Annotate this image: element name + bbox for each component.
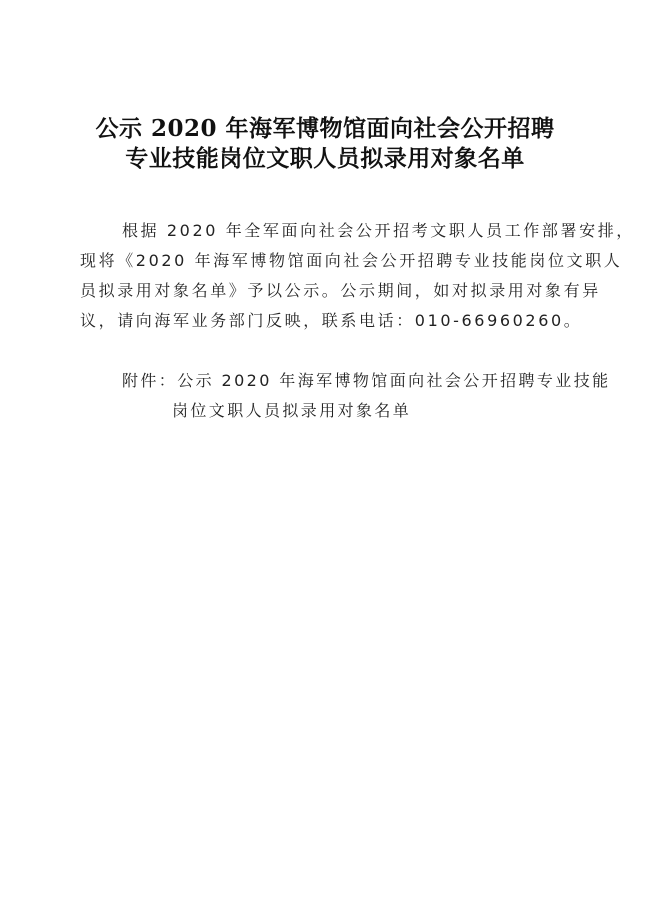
attachment-title-line-1: 公示 2020 年海军博物馆面向社会公开招聘专业技能 — [177, 371, 610, 390]
attachment-title-line-2: 岗位文职人员拟录用对象名单 — [122, 396, 582, 426]
document-page: 公示 2020 年海军博物馆面向社会公开招聘 专业技能岗位文职人员拟录用对象名单… — [0, 0, 650, 919]
title-line-2: 专业技能岗位文职人员拟录用对象名单 — [0, 144, 650, 174]
attachment-block: 附件：公示 2020 年海军博物馆面向社会公开招聘专业技能 岗位文职人员拟录用对… — [122, 366, 582, 426]
body-paragraph: 根据 2020 年全军面向社会公开招考文职人员工作部署安排， 现将《2020 年… — [80, 216, 572, 336]
page-title: 公示 2020 年海军博物馆面向社会公开招聘 专业技能岗位文职人员拟录用对象名单 — [0, 114, 650, 174]
body-line-2: 现将《2020 年海军博物馆面向社会公开招聘专业技能岗位文职人 — [80, 246, 572, 276]
attachment-label: 附件： — [122, 371, 177, 390]
body-line-4: 议，请向海军业务部门反映，联系电话：010-66960260。 — [80, 306, 572, 336]
body-line-3: 员拟录用对象名单》予以公示。公示期间，如对拟录用对象有异 — [80, 276, 572, 306]
body-line-1: 根据 2020 年全军面向社会公开招考文职人员工作部署安排， — [80, 216, 572, 246]
title-line-1: 公示 2020 年海军博物馆面向社会公开招聘 — [0, 114, 650, 144]
